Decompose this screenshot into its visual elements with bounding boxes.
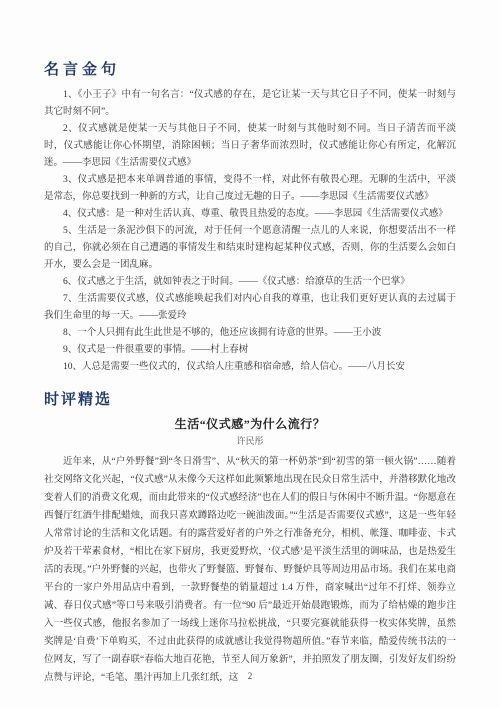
article-author: 许民彤 (44, 434, 456, 447)
quote-item-2: 2、仪式感就是使某一天与其他日子不同，使某一时刻与其他时刻不同。当日子清苦而平淡… (44, 121, 456, 172)
quote-item-3: 3、仪式感是把本来单调普通的事情，变得不一样，对此怀有敬畏心理。无聊的生活中，平… (44, 172, 456, 206)
document-page: { "colors": { "heading": "#1f3864", "bod… (0, 0, 500, 707)
article-title: 生活“仪式感”为什么流行？ (44, 415, 456, 432)
quotes-section-heading: 名言金句 (44, 58, 456, 79)
page: 名言金句 1、《小王子》中有一句名言：“仪式感的存在，是它让某一天与其它日子不同… (0, 0, 500, 707)
quote-item-8: 8、一个人只拥有此生此世是不够的，他还应该拥有诗意的世界。——王小波 (44, 325, 456, 342)
quote-item-5: 5、生活是一条泥沙俱下的河流，对于任何一个愿意清醒一点儿的人来说，你想要活出不一… (44, 223, 456, 274)
commentary-section-heading: 时评精选 (44, 388, 456, 409)
quote-item-7: 7、生活需要仪式感，仪式感能唤起我们对内心自我的尊重，也让我们更好更认真的去过属… (44, 291, 456, 325)
page-number: 2 (0, 671, 500, 681)
quote-item-4: 4、仪式感：是一种对生活认真、尊重、敬畏且热爱的态度。——李思园《生活需要仪式感… (44, 206, 456, 223)
quote-item-9: 9、仪式是一件很重要的事情。——村上春树 (44, 342, 456, 359)
quote-item-10: 10、人总是需要一些仪式的，仪式给人庄重感和宿命感，给人信心。——八月长安 (44, 359, 456, 376)
quote-list: 1、《小王子》中有一句名言：“仪式感的存在，是它让某一天与其它日子不同，使某一时… (44, 87, 456, 376)
quote-item-6: 6、仪式感之于生活，就如钟表之于时间。——《仪式感：给潦草的生活一个巴掌》 (44, 274, 456, 291)
article-paragraph: 近年来，从“户外野餐”到“冬日滑雪”、从“秋天的第一杯奶茶”到“初雪的第一顿火锅… (44, 453, 456, 687)
quote-item-1: 1、《小王子》中有一句名言：“仪式感的存在，是它让某一天与其它日子不同，使某一时… (44, 87, 456, 121)
